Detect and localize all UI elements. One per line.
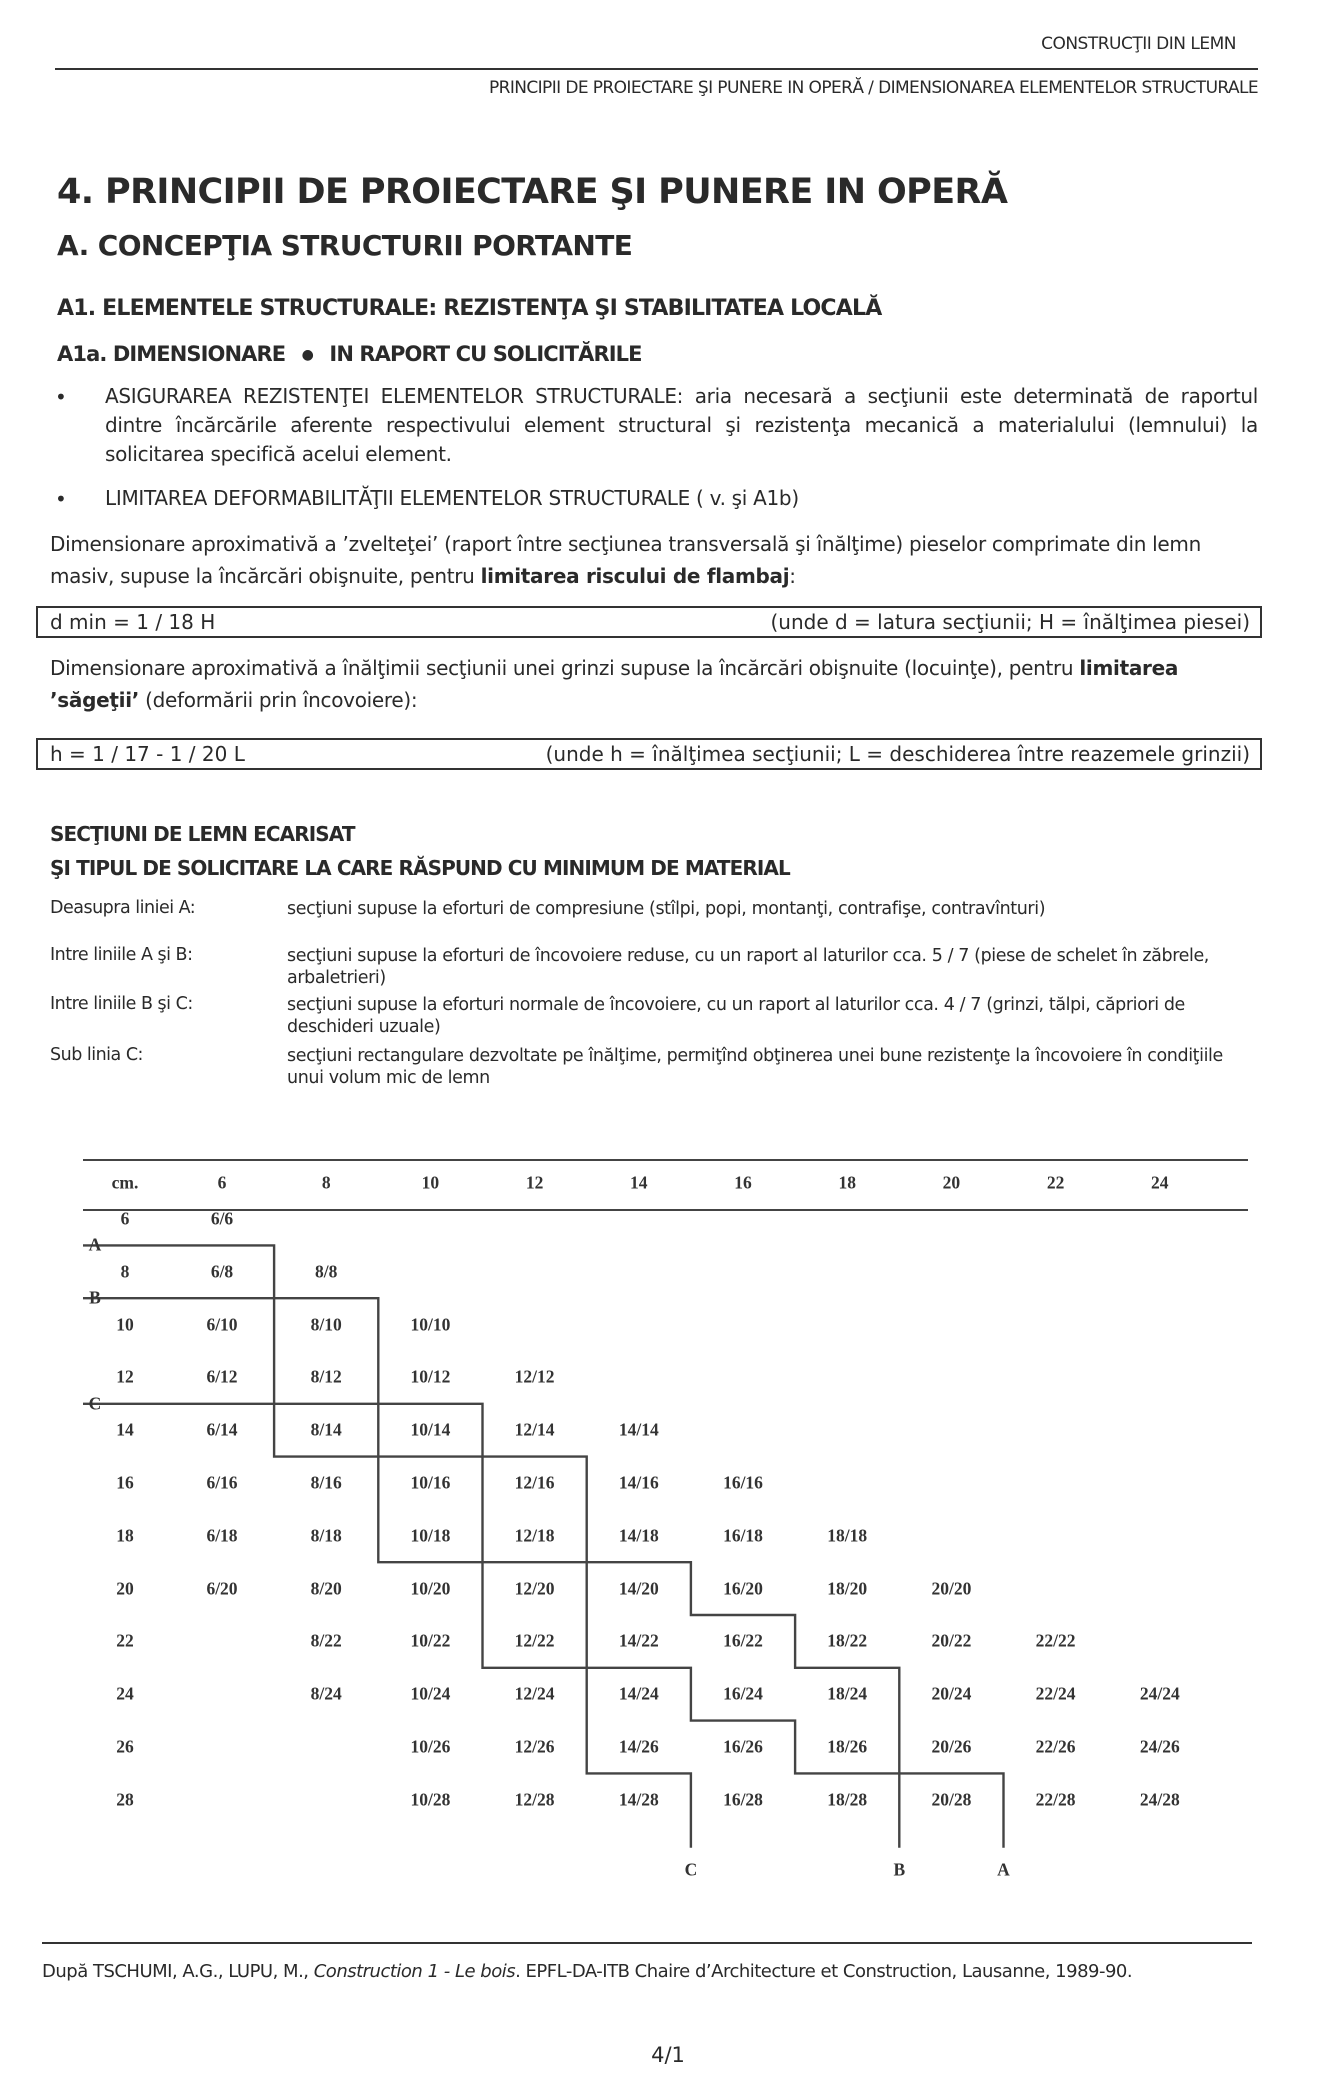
table-cell: 10/16 (410, 1473, 450, 1494)
table-row-header: 8 (121, 1261, 130, 1282)
table-row-header: 10 (116, 1314, 134, 1335)
table-row-header: 16 (116, 1473, 134, 1494)
table-cell: 10/26 (410, 1737, 450, 1758)
citation-publisher: . EPFL-DA-ITB Chaire d’Architecture et C… (515, 1961, 1132, 1982)
table-cell: 22/26 (1036, 1737, 1076, 1758)
table-cell: 6/6 (211, 1209, 233, 1230)
table-cell: 20/20 (931, 1578, 971, 1599)
table-cell: 6/18 (206, 1525, 237, 1546)
table-cell: 10/14 (410, 1420, 450, 1441)
table-cell: 10/20 (410, 1578, 450, 1599)
table-header-top-rule (83, 1159, 1248, 1161)
table-cell: 6/12 (206, 1367, 237, 1388)
table-cell: 20/22 (931, 1631, 971, 1652)
table-row-header: 26 (116, 1737, 134, 1758)
table-cell: 8/14 (311, 1420, 342, 1441)
table-cell: 22/28 (1036, 1789, 1076, 1810)
table-cell: 10/10 (410, 1314, 450, 1335)
table-cell: 6/16 (206, 1473, 237, 1494)
table-header-bottom-rule (83, 1209, 1248, 1211)
table-column-header: 8 (322, 1173, 331, 1194)
table-cell: 12/14 (515, 1420, 555, 1441)
table-column-header: 22 (1047, 1173, 1065, 1194)
table-cell: 12/26 (515, 1737, 555, 1758)
table-column-header: 18 (838, 1173, 856, 1194)
table-cell: 8/10 (311, 1314, 342, 1335)
page-number: 4/1 (0, 2043, 1336, 2067)
table-cell: 12/12 (515, 1367, 555, 1388)
table-column-header: 10 (422, 1173, 440, 1194)
table-cell: 18/24 (827, 1684, 867, 1705)
citation-authors: După TSCHUMI, A.G., LUPU, M., (42, 1961, 314, 1982)
table-cell: 16/28 (723, 1789, 763, 1810)
table-cell: 16/18 (723, 1525, 763, 1546)
table-cell: 24/28 (1140, 1789, 1180, 1810)
boundary-label-bottom: B (893, 1859, 905, 1880)
table-cell: 12/28 (515, 1789, 555, 1810)
table-cell: 20/24 (931, 1684, 971, 1705)
boundary-label-left: B (89, 1288, 101, 1309)
boundary-label-left: A (89, 1235, 102, 1256)
table-cell: 14/28 (619, 1789, 659, 1810)
boundary-label-bottom: C (685, 1859, 698, 1880)
boundary-label-left: C (89, 1393, 102, 1414)
table-cell: 8/8 (315, 1261, 337, 1282)
table-cell: 6/10 (206, 1314, 237, 1335)
table-cell: 16/24 (723, 1684, 763, 1705)
table-row-header: 28 (116, 1789, 134, 1810)
table-cell: 12/22 (515, 1631, 555, 1652)
boundary-label-bottom: A (997, 1859, 1010, 1880)
table-cell: 8/12 (311, 1367, 342, 1388)
table-column-header: 16 (734, 1173, 752, 1194)
table-column-header: 24 (1151, 1173, 1169, 1194)
boundary-lines (0, 0, 1336, 2076)
table-cell: 18/20 (827, 1578, 867, 1599)
table-cell: 8/20 (311, 1578, 342, 1599)
table-cell: 18/22 (827, 1631, 867, 1652)
table-unit-label: cm. (112, 1173, 139, 1194)
table-cell: 14/16 (619, 1473, 659, 1494)
table-cell: 14/26 (619, 1737, 659, 1758)
table-cell: 14/24 (619, 1684, 659, 1705)
table-cell: 10/28 (410, 1789, 450, 1810)
table-row-header: 12 (116, 1367, 134, 1388)
table-cell: 24/24 (1140, 1684, 1180, 1705)
table-cell: 12/20 (515, 1578, 555, 1599)
table-cell: 14/14 (619, 1420, 659, 1441)
table-cell: 10/12 (410, 1367, 450, 1388)
table-cell: 12/18 (515, 1525, 555, 1546)
table-cell: 6/8 (211, 1261, 233, 1282)
table-cell: 22/24 (1036, 1684, 1076, 1705)
table-column-header: 6 (218, 1173, 227, 1194)
table-cell: 16/16 (723, 1473, 763, 1494)
table-row-header: 6 (121, 1209, 130, 1230)
table-cell: 18/18 (827, 1525, 867, 1546)
table-column-header: 12 (526, 1173, 544, 1194)
boundary-line-c (83, 1404, 691, 1848)
table-cell: 16/20 (723, 1578, 763, 1599)
table-cell: 8/22 (311, 1631, 342, 1652)
table-cell: 16/22 (723, 1631, 763, 1652)
footer-rule (42, 1942, 1252, 1944)
table-cell: 18/26 (827, 1737, 867, 1758)
table-row-header: 22 (116, 1631, 134, 1652)
table-cell: 10/18 (410, 1525, 450, 1546)
table-cell: 12/24 (515, 1684, 555, 1705)
table-cell: 8/16 (311, 1473, 342, 1494)
table-cell: 18/28 (827, 1789, 867, 1810)
citation-title: Construction 1 - Le bois (314, 1961, 515, 1982)
table-cell: 22/22 (1036, 1631, 1076, 1652)
table-cell: 20/26 (931, 1737, 971, 1758)
table-cell: 16/26 (723, 1737, 763, 1758)
table-cell: 20/28 (931, 1789, 971, 1810)
table-cell: 14/20 (619, 1578, 659, 1599)
table-cell: 8/18 (311, 1525, 342, 1546)
table-cell: 6/14 (206, 1420, 237, 1441)
table-cell: 10/24 (410, 1684, 450, 1705)
citation: După TSCHUMI, A.G., LUPU, M., Constructi… (42, 1960, 1262, 1984)
table-cell: 12/16 (515, 1473, 555, 1494)
boundary-line-b (83, 1298, 899, 1848)
table-row-header: 20 (116, 1578, 134, 1599)
table-cell: 6/20 (206, 1578, 237, 1599)
table-column-header: 14 (630, 1173, 648, 1194)
table-cell: 14/22 (619, 1631, 659, 1652)
table-cell: 10/22 (410, 1631, 450, 1652)
table-row-header: 18 (116, 1525, 134, 1546)
table-cell: 14/18 (619, 1525, 659, 1546)
table-cell: 8/24 (311, 1684, 342, 1705)
table-row-header: 24 (116, 1684, 134, 1705)
table-cell: 24/26 (1140, 1737, 1180, 1758)
table-row-header: 14 (116, 1420, 134, 1441)
table-column-header: 20 (943, 1173, 961, 1194)
